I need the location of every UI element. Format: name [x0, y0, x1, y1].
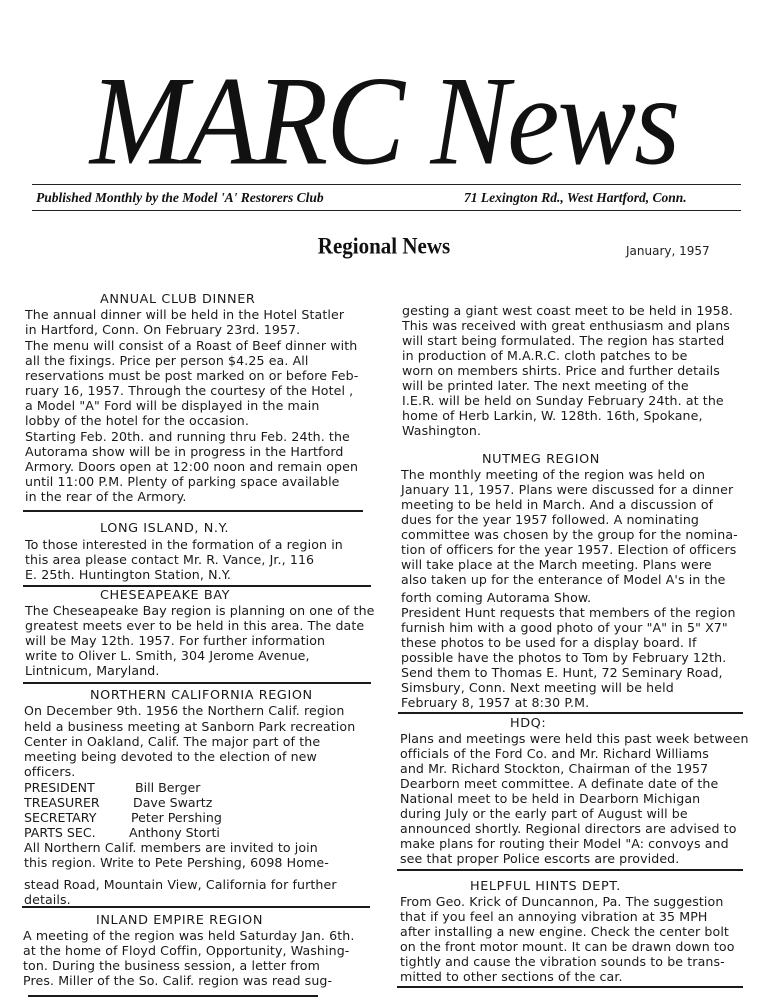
article-line: during July or the early part of August … [400, 806, 688, 821]
article-line: dues for the year 1957 followed. A nomin… [401, 512, 699, 527]
article-line: mitted to other sections of the car. [400, 969, 623, 984]
article-line: Simsbury, Conn. Next meeting will be hel… [401, 680, 674, 695]
article-line: announced shortly. Regional directors ar… [400, 821, 737, 836]
right-column: gesting a giant west coast meet to be he… [0, 0, 768, 1004]
article-line: I.E.R. will be held on Sunday February 2… [402, 393, 724, 408]
article-line: worn on members shirts. Price and furthe… [402, 363, 720, 378]
article-line: will be printed later. The next meeting … [402, 378, 689, 393]
article-line: tightly and cause the vibration sounds t… [400, 954, 725, 969]
article-line: furnish him with a good photo of your "A… [401, 620, 728, 635]
article-line: January 11, 1957. Plans were discussed f… [401, 482, 733, 497]
article-heading: HDQ: [510, 716, 546, 731]
article-line: committee was chosen by the group for th… [401, 527, 738, 542]
article-line: National meet to be held in Dearborn Mic… [400, 791, 700, 806]
section-divider [397, 869, 743, 871]
article-line: Plans and meetings were held this past w… [400, 731, 749, 746]
article-line: also taken up for the enterance of Model… [401, 572, 726, 587]
article-line: and Mr. Richard Stockton, Chairman of th… [400, 761, 708, 776]
article-line: will start being formulated. The region … [402, 333, 724, 348]
section-divider [397, 986, 743, 988]
article-line: forth coming Autorama Show. [401, 590, 591, 605]
article-line: meeting to be held in March. And a discu… [401, 497, 713, 512]
article-line: officials of the Ford Co. and Mr. Richar… [400, 746, 709, 761]
article-line: after installing a new engine. Check the… [400, 924, 729, 939]
article-line: make plans for routing their Model "A: c… [400, 836, 729, 851]
article-line: Washington. [402, 423, 481, 438]
section-divider [398, 712, 743, 714]
article-heading: HELPFUL HINTS DEPT. [470, 879, 621, 894]
article-line: possible have the photos to Tom by Febru… [401, 650, 726, 665]
article-line: gesting a giant west coast meet to be he… [402, 303, 733, 318]
article-line: on the front motor mount. It can be draw… [400, 939, 735, 954]
article-line: these photos to be used for a display bo… [401, 635, 697, 650]
article-line: February 8, 1957 at 8:30 P.M. [401, 695, 589, 710]
article-heading: NUTMEG REGION [482, 452, 600, 467]
article-line: home of Herb Larkin, W. 128th. 16th, Spo… [402, 408, 703, 423]
article-line: in production of M.A.R.C. cloth patches … [402, 348, 687, 363]
article-line: This was received with great enthusiasm … [402, 318, 730, 333]
article-line: will take place at the March meeting. Pl… [401, 557, 712, 572]
article-line: see that proper Police escorts are provi… [400, 851, 679, 866]
article-line: Send them to Thomas E. Hunt, 72 Seminary… [401, 665, 723, 680]
article-line: The monthly meeting of the region was he… [401, 467, 705, 482]
article-line: From Geo. Krick of Duncannon, Pa. The su… [400, 894, 723, 909]
article-line: tion of officers for the year 1957. Elec… [401, 542, 736, 557]
article-line: that if you feel an annoying vibration a… [400, 909, 708, 924]
article-line: President Hunt requests that members of … [401, 605, 736, 620]
article-line: Dearborn meet committee. A definate date… [400, 776, 718, 791]
